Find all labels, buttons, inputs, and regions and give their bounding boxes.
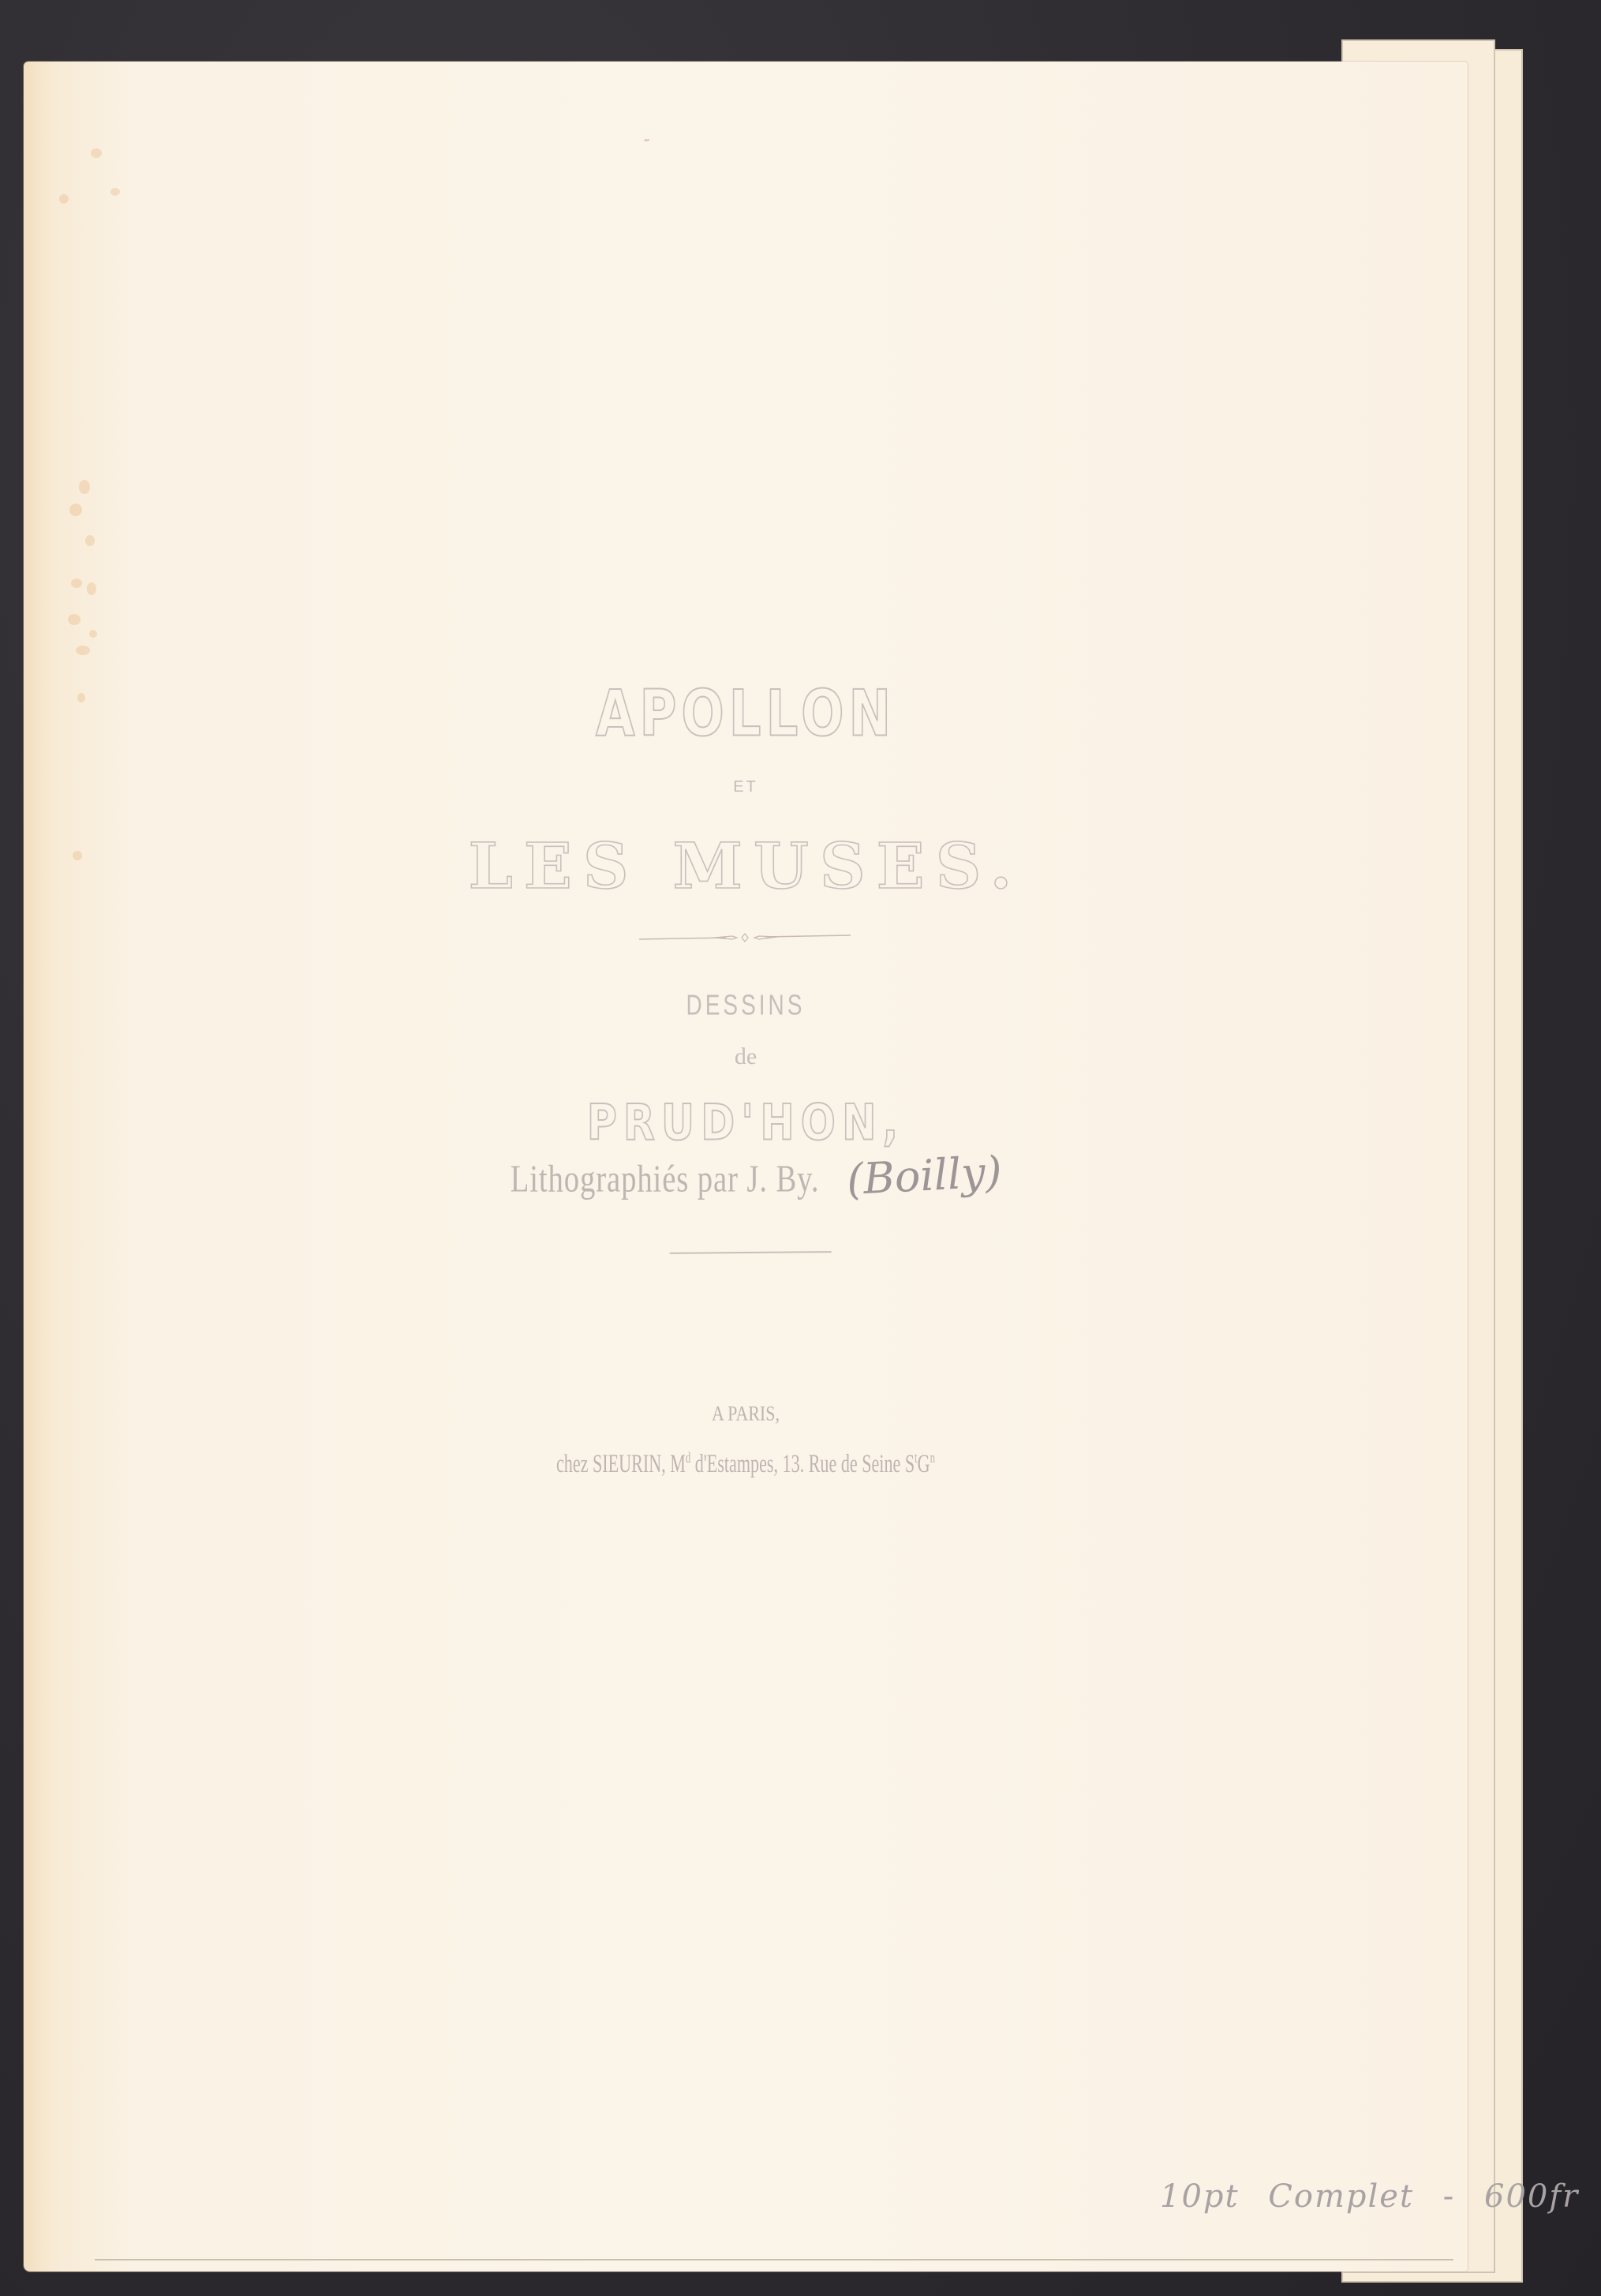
artist-name: PRUD'HON,: [24, 1095, 1468, 1152]
publisher-sup: n: [930, 1451, 935, 1466]
publisher-prefix: chez SIEURIN, M: [556, 1449, 686, 1478]
preposition-de: de: [24, 1043, 1468, 1070]
publisher-address: d'Estampes, 13. Rue de Seine S: [690, 1449, 915, 1478]
subtitle-dessins: DESSINS: [24, 989, 1468, 1022]
place-of-publication: A PARIS,: [24, 1401, 1468, 1425]
title-les-muses: LES MUSES.: [24, 829, 1468, 903]
title-apollon: APOLLON: [24, 678, 1468, 751]
title-block: APOLLON ET LES MUSES. DESSINS de PRUD'HO…: [24, 62, 1468, 2272]
title-page: ‴ APOLLON ET LES MUSES. DESSINS de PRUD'…: [24, 62, 1468, 2272]
publisher-line: chez SIEURIN, Md d'Estampes, 13. Rue de …: [132, 1449, 1360, 1479]
title-et: ET: [24, 778, 1468, 796]
lithographer-credit: Lithographiés par J. By.: [511, 1156, 820, 1200]
ornamental-rule: [639, 930, 852, 946]
pencil-price-note: 10pt Complet - 600fr: [1160, 2178, 1579, 2215]
divider-rule: [670, 1251, 832, 1254]
publisher-suffix: G: [918, 1449, 930, 1478]
handwritten-annotation: (Boilly): [846, 1147, 1004, 1204]
lithographer-line: Lithographiés par J. By. (Boilly): [24, 1151, 1468, 1200]
page-edge-line: [95, 2259, 1453, 2260]
